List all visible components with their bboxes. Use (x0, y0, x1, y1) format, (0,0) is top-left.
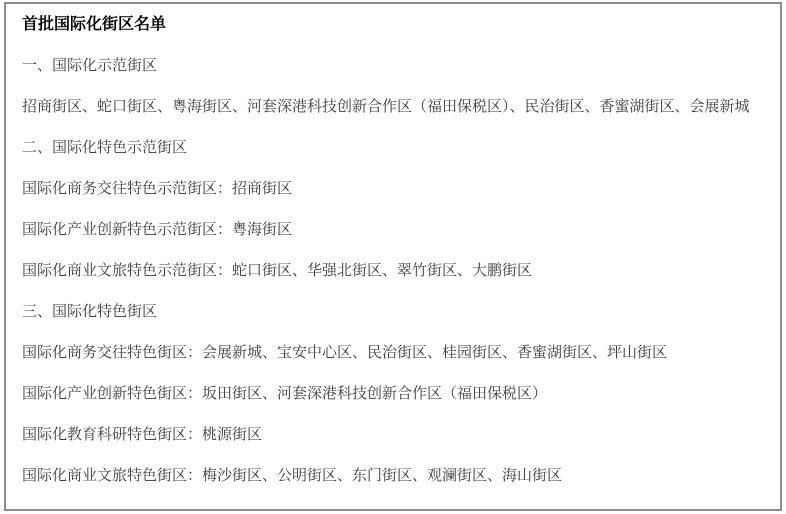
document-title: 首批国际化街区名单 (22, 15, 764, 35)
document-page: 首批国际化街区名单 一、国际化示范街区 招商街区、蛇口街区、粤海街区、河套深港科… (0, 0, 786, 514)
section-2-line-3: 国际化商业文旅特色示范街区：蛇口街区、华强北街区、翠竹街区、大鹏街区 (22, 262, 764, 280)
document-border-frame: 首批国际化街区名单 一、国际化示范街区 招商街区、蛇口街区、粤海街区、河套深港科… (4, 2, 782, 511)
section-2-line-1: 国际化商务交往特色示范街区：招商街区 (22, 180, 764, 198)
section-3-line-4: 国际化商业文旅特色街区：梅沙街区、公明街区、东门街区、观澜街区、海山街区 (22, 467, 764, 485)
section-3-heading: 三、国际化特色街区 (22, 303, 764, 321)
section-3-line-1: 国际化商务交往特色街区：会展新城、宝安中心区、民治街区、桂园街区、香蜜湖街区、坪… (22, 344, 764, 362)
section-3-line-2: 国际化产业创新特色街区：坂田街区、河套深港科技创新合作区（福田保税区） (22, 385, 764, 403)
section-2-heading: 二、国际化特色示范街区 (22, 139, 764, 157)
section-2-line-2: 国际化产业创新特色示范街区：粤海街区 (22, 221, 764, 239)
section-1-line-1: 招商街区、蛇口街区、粤海街区、河套深港科技创新合作区（福田保税区）、民治街区、香… (22, 98, 764, 116)
section-1-heading: 一、国际化示范街区 (22, 57, 764, 75)
section-3-line-3: 国际化教育科研特色街区：桃源街区 (22, 426, 764, 444)
